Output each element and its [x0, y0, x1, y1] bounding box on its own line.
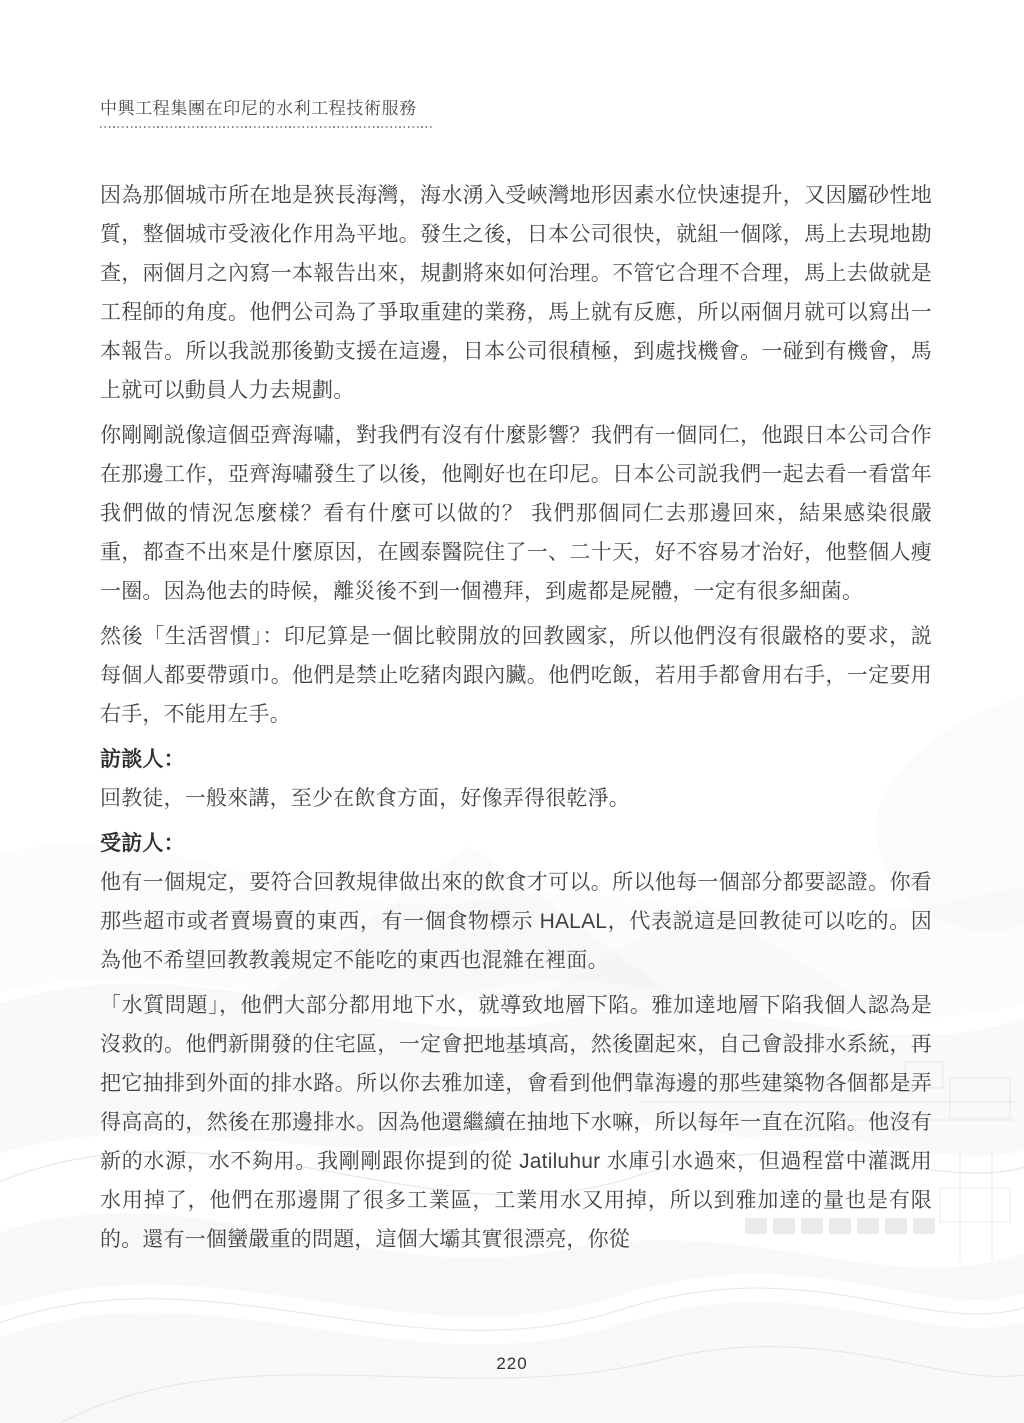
paragraph-halal-certification: 他有一個規定，要符合回教規律做出來的飲食才可以。所以他每一個部分都要認證。你看那… [100, 863, 932, 980]
speaker-label-interviewee: 受訪人： [100, 824, 932, 863]
running-header: 中興工程集團在印尼的水利工程技術服務 [100, 94, 434, 128]
paragraph-living-habits: 然後「生活習慣」：印尼算是一個比較開放的回教國家，所以他們沒有很嚴格的要求，説每… [100, 617, 932, 734]
paragraph-tsunami-response: 因為那個城市所在地是狹長海灣，海水湧入受峽灣地形因素水位快速提升，又因屬砂性地質… [100, 176, 932, 410]
page-number: 220 [0, 1354, 1024, 1374]
paragraph-water-quality: 「水質問題」，他們大部分都用地下水，就導致地層下陷。雅加達地層下陷我個人認為是沒… [100, 986, 932, 1259]
paragraph-aceh-tsunami-colleague: 你剛剛説像這個亞齊海嘯，對我們有沒有什麼影響？我們有一個同仁，他跟日本公司合作在… [100, 416, 932, 611]
header-dotted-rule [100, 126, 434, 128]
speaker-label-interviewer: 訪談人： [100, 740, 932, 779]
page-body: 因為那個城市所在地是狹長海灣，海水湧入受峽灣地形因素水位快速提升，又因屬砂性地質… [100, 176, 932, 1265]
paragraph-interviewer-remark: 回教徒，一般來講，至少在飲食方面，好像弄得很乾淨。 [100, 779, 932, 818]
running-header-title: 中興工程集團在印尼的水利工程技術服務 [100, 94, 434, 119]
